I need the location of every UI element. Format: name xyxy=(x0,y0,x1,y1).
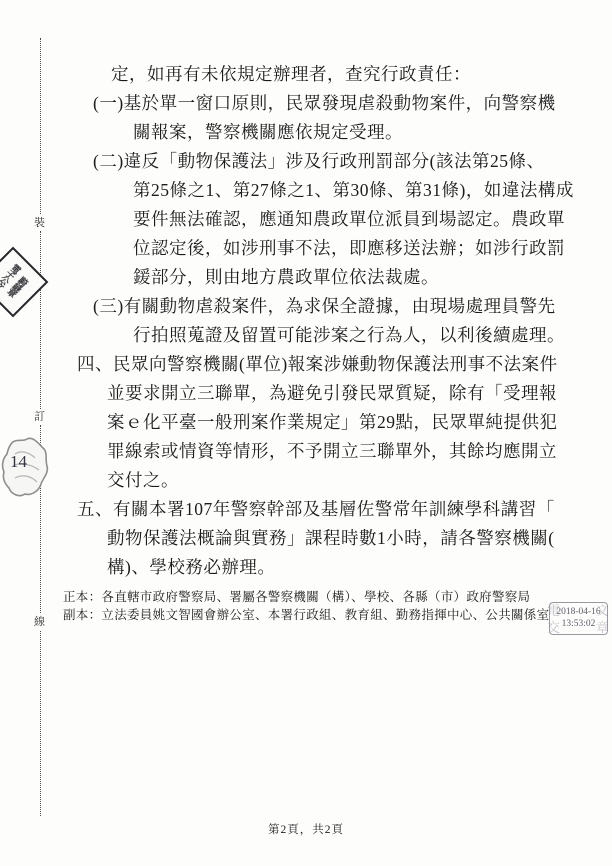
binding-dotted-line xyxy=(40,231,41,409)
receipt-stamp: 電 文 交 章 2018-04-16 13:53:02 xyxy=(549,602,608,635)
body-line: 定，如再有未依規定辦理者，查究行政責任： xyxy=(111,60,577,89)
body-line-text: 五、有關本署107年警察幹部及基層佐警常年訓練學科講習「 xyxy=(77,499,555,519)
body-line: 鍰部分，則由地方農政單位依法裁處。 xyxy=(133,263,577,292)
body-line-text: 並要求開立三聯單，為避免引發民眾質疑，除有「受理報 xyxy=(107,383,557,403)
body-line: 罪線索或情資等情形，不予開立三聯單外，其餘均應開立 xyxy=(107,437,577,466)
receipt-stamp-watermark: 交 xyxy=(547,621,560,634)
binding-page-number: 14 xyxy=(10,452,27,472)
document-body: 定，如再有未依規定辦理者，查究行政責任： (一)基於單一窗口原則，民眾發現虐殺動… xyxy=(77,60,577,582)
body-line: 要件無法確認，應通知農政單位派員到場認定。農政單 xyxy=(133,205,577,234)
binding-char-xian: 線 xyxy=(34,615,45,629)
body-line-text: 行拍照蒐證及留置可能涉案之行為人，以利後續處理。 xyxy=(133,325,565,345)
body-line: 動物保護法概論與實務」課程時數1小時，請各警察機關( xyxy=(107,524,577,553)
body-line: 關報案，警察機關應依規定受理。 xyxy=(133,118,577,147)
receipt-stamp-watermark: 章 xyxy=(596,621,609,634)
body-line: 案ｅ化平臺一般刑案作業規定」第29點，民眾單純提供犯 xyxy=(107,408,577,437)
body-line: 構)、學校務必辦理。 xyxy=(107,553,577,582)
body-line-text: 第25條之1、第27條之1、第30條、第31條)，如違法構成 xyxy=(133,180,574,200)
body-line-text: (一)基於單一窗口原則，民眾發現虐殺動物案件，向警察機 xyxy=(93,93,556,113)
body-line: (二)違反「動物保護法」涉及行政刑罰部分(該法第25條、 xyxy=(93,147,577,176)
page-number: 第2頁，共2頁 xyxy=(0,821,612,837)
body-line-text: 位認定後，如涉刑事不法，即應移送法辦；如涉行政罰 xyxy=(133,238,565,258)
receipt-stamp-watermark: 電 xyxy=(547,604,560,617)
body-line-text: 定，如再有未依規定辦理者，查究行政責任： xyxy=(111,64,471,84)
body-line: 四、民眾向警察機關(單位)報案涉嫌動物保護法刑事不法案件 xyxy=(77,350,577,379)
distribution-original: 正本：各直轄市政府警察局、署屬各警察機關（構）、學校、各縣（市）政府警察局 xyxy=(63,589,563,607)
body-line-text: 四、民眾向警察機關(單位)報案涉嫌動物保護法刑事不法案件 xyxy=(77,354,558,374)
body-line-text: 要件無法確認，應通知農政單位派員到場認定。農政單 xyxy=(133,209,565,229)
body-line-text: (三)有關動物虐殺案件，為求保全證據，由現場處理員警先 xyxy=(93,296,556,316)
receipt-stamp-watermark: 文 xyxy=(596,604,609,617)
distribution-copy: 副本：立法委員姚文智國會辦公室、本署行政組、教育組、勤務指揮中心、公共關係室 xyxy=(63,607,563,625)
body-line: 交付之。 xyxy=(107,466,577,495)
cross-page-seal: 電子公文 騎縫章 xyxy=(0,247,48,318)
body-line-text: 關報案，警察機關應依規定受理。 xyxy=(133,122,403,142)
body-line: 五、有關本署107年警察幹部及基層佐警常年訓練學科講習「 xyxy=(77,495,577,524)
binding-dotted-line xyxy=(40,631,41,816)
body-line: 行拍照蒐證及留置可能涉案之行為人，以利後續處理。 xyxy=(133,321,577,350)
body-line: 第25條之1、第27條之1、第30條、第31條)，如違法構成 xyxy=(133,176,577,205)
body-line-text: 案ｅ化平臺一般刑案作業規定」第29點，民眾單純提供犯 xyxy=(107,412,558,432)
distribution-block: 正本：各直轄市政府警察局、署屬各警察機關（構）、學校、各縣（市）政府警察局 副本… xyxy=(63,589,563,624)
body-line: 位認定後，如涉刑事不法，即應移送法辦；如涉行政罰 xyxy=(133,234,577,263)
body-line: 並要求開立三聯單，為避免引發民眾質疑，除有「受理報 xyxy=(107,379,577,408)
body-line: (三)有關動物虐殺案件，為求保全證據，由現場處理員警先 xyxy=(93,292,577,321)
document-page: 裝 訂 線 電子公文 騎縫章 14 定，如再有未依規定辦理者，查究行政責任： (… xyxy=(0,0,612,866)
binding-char-ding: 訂 xyxy=(34,410,45,424)
body-line-text: 罪線索或情資等情形，不予開立三聯單外，其餘均應開立 xyxy=(107,441,557,461)
binding-dotted-line xyxy=(40,38,41,214)
body-line-text: 動物保護法概論與實務」課程時數1小時，請各警察機關( xyxy=(107,528,555,548)
body-line-text: 鍰部分，則由地方農政單位依法裁處。 xyxy=(133,267,439,287)
body-line-text: (二)違反「動物保護法」涉及行政刑罰部分(該法第25條、 xyxy=(93,151,544,171)
body-line: (一)基於單一窗口原則，民眾發現虐殺動物案件，向警察機 xyxy=(93,89,577,118)
body-line-text: 構)、學校務必辦理。 xyxy=(107,557,275,577)
body-line-text: 交付之。 xyxy=(107,470,179,490)
binding-char-zhuang: 裝 xyxy=(34,216,45,230)
